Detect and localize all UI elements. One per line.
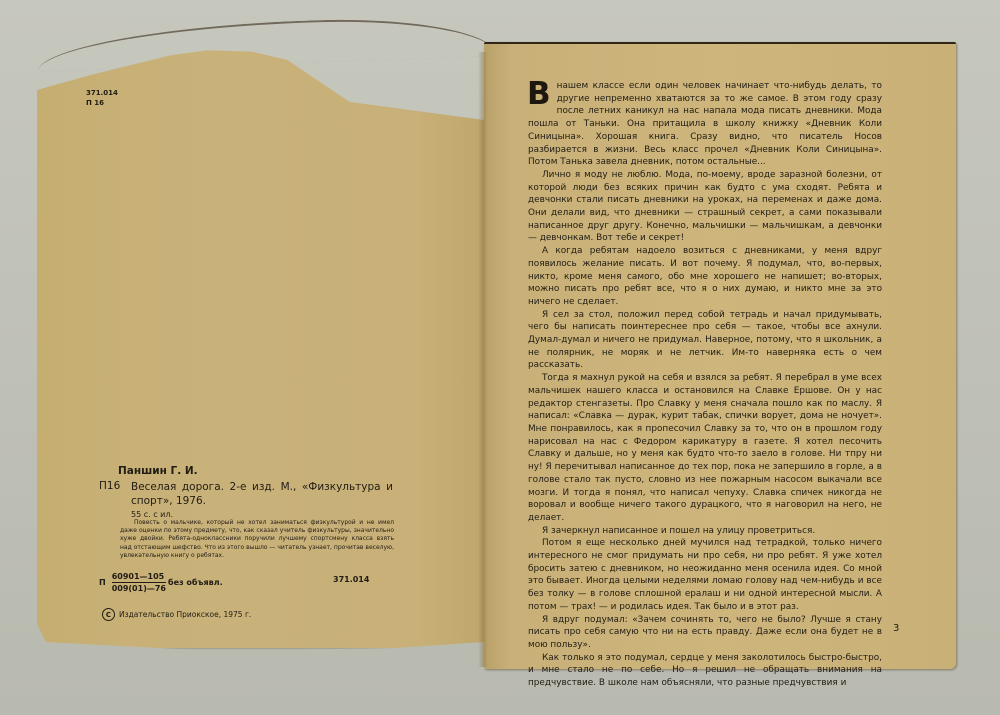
udc-code: 371.014 xyxy=(333,575,369,584)
paragraph: Потом я еще несколько дней мучился над т… xyxy=(528,537,882,613)
paragraph: А когда ребятам надоело возиться с дневн… xyxy=(528,245,882,309)
paragraph: Тогда я махнул рукой на себя и взялся за… xyxy=(528,372,882,524)
paragraph: Я зачеркнул написанное и пошел на улицу … xyxy=(528,525,882,538)
paragraph: Внашем классе если один человек начинает… xyxy=(528,80,882,169)
copyright-icon: C xyxy=(102,608,115,621)
library-code-block: 371.014 П 16 xyxy=(86,88,118,108)
catalog-fraction: 60901—105 009(01)—76 xyxy=(112,571,166,594)
library-mark: П 16 xyxy=(86,98,118,108)
catalog-prefix: П xyxy=(99,578,106,587)
paragraph: Я сел за стол, положил перед собой тетра… xyxy=(528,309,882,373)
catalog-numerator: 60901—105 xyxy=(112,571,166,583)
drop-cap: В xyxy=(527,81,551,107)
copyright-text: Издательство Приокское, 1975 г. xyxy=(119,610,251,619)
story-text: Внашем классе если один человек начинает… xyxy=(528,80,882,690)
paragraph: Лично я моду не люблю. Мода, по-моему, в… xyxy=(528,169,882,245)
paragraph: Как только я это подумал, сердце у меня … xyxy=(528,652,882,690)
author-name: Паншин Г. И. xyxy=(118,465,198,477)
bibliographic-index: П16 xyxy=(99,480,120,492)
library-code: 371.014 xyxy=(86,88,118,98)
catalog-note: без объявл. xyxy=(168,578,223,587)
page-number: 3 xyxy=(893,623,899,634)
book-annotation: Повесть о мальчике, который не хотел зан… xyxy=(120,519,394,560)
bibliographic-title: Веселая дорога. 2-е изд. М., «Физкультур… xyxy=(131,480,393,508)
catalog-number: П 60901—105 009(01)—76 без объявл. 371.0… xyxy=(99,571,223,594)
paragraph: Я вдруг подумал: «Зачем сочинять то, чег… xyxy=(528,614,882,652)
catalog-denominator: 009(01)—76 xyxy=(112,583,166,594)
page-count: 55 с. с ил. xyxy=(131,510,173,519)
copyright-line: C Издательство Приокское, 1975 г. xyxy=(102,608,251,621)
book-gutter xyxy=(478,52,488,667)
